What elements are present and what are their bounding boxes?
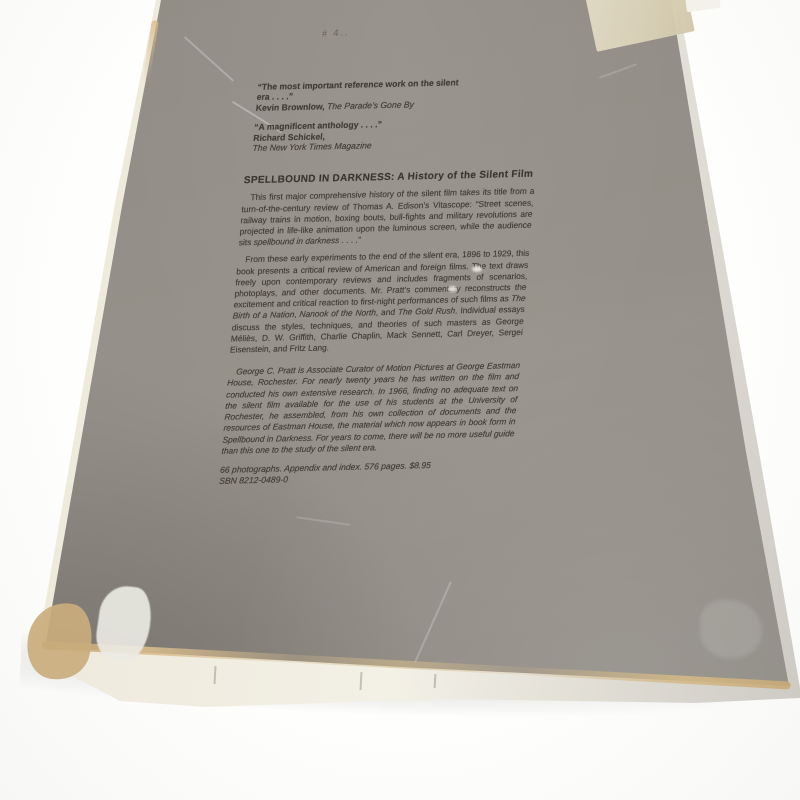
review-quotes: “The most important reference work on th… bbox=[252, 77, 470, 153]
back-cover-text: “The most important reference work on th… bbox=[219, 75, 544, 486]
book-title: SPELLBOUND IN DARKNESS: A History of the… bbox=[243, 169, 536, 187]
quote-attribution: Kevin Brownlow, bbox=[255, 101, 325, 113]
title-subtitle: A History of the Silent Film bbox=[394, 169, 533, 183]
sticker-remnant bbox=[685, 0, 721, 12]
paper-speck bbox=[448, 286, 457, 292]
quote-source: The Parade’s Gone By bbox=[327, 99, 415, 111]
quote-brownlow: “The most important reference work on th… bbox=[255, 77, 470, 113]
book-photo-scene: # 4.. “The most important reference work… bbox=[0, 0, 800, 800]
handwritten-mark: # 4.. bbox=[322, 27, 350, 38]
quote-schickel: “A magnificent anthology . . . .” Richar… bbox=[252, 117, 467, 153]
title-main: SPELLBOUND IN DARKNESS: bbox=[243, 172, 395, 186]
paper-speck bbox=[472, 266, 482, 272]
author-bio-paragraph: George C. Pratt is Associate Curator of … bbox=[221, 360, 520, 456]
quote-text: “The most important reference work on th… bbox=[256, 77, 470, 103]
blurb-paragraph-2: From these early experiments to the end … bbox=[229, 248, 529, 356]
blurb-paragraph-1: This first major comprehensive history o… bbox=[238, 186, 535, 249]
